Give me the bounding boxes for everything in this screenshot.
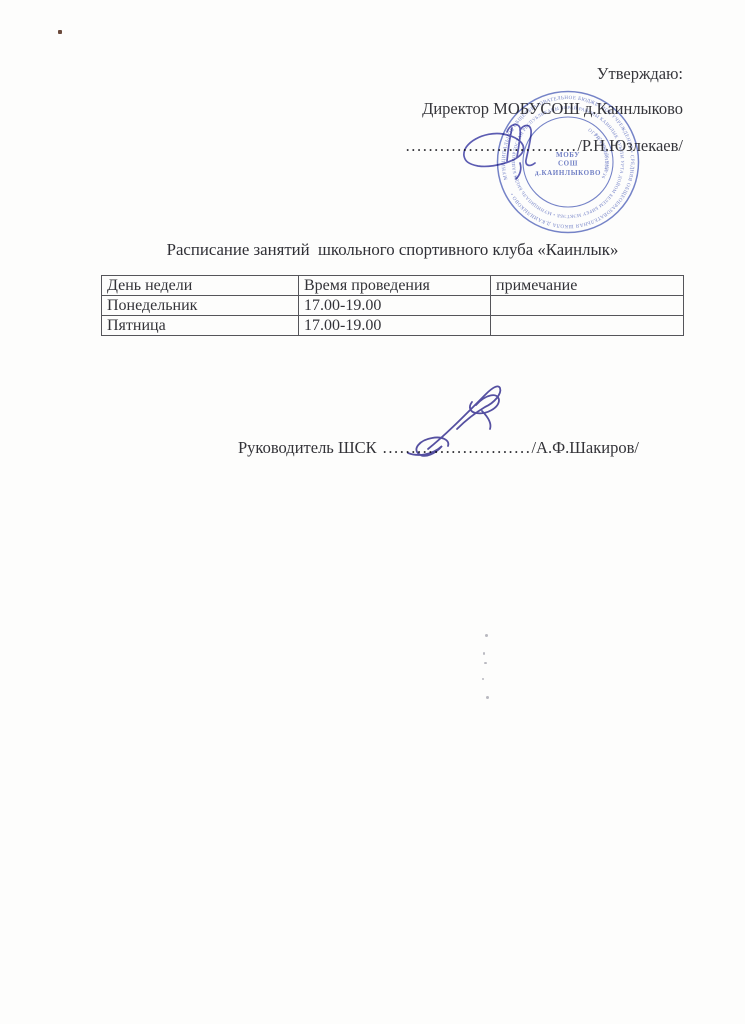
scan-artifact	[485, 634, 488, 637]
head-handwritten-signature	[398, 376, 518, 460]
col-header-time: Время проведения	[299, 276, 491, 296]
signature-bottom-curl	[408, 437, 448, 455]
director-handwritten-signature	[450, 116, 570, 186]
scan-artifact	[484, 662, 487, 664]
document-title: Расписание занятий школьного спортивного…	[40, 240, 745, 260]
document-page: Утверждаю: Директор МОБУСОШ д.Каинлыково…	[0, 0, 745, 1024]
scan-artifact	[486, 696, 489, 699]
signature-top-loop	[470, 395, 499, 413]
cell-time: 17.00-19.00	[299, 296, 491, 316]
signature-oval-stroke	[464, 134, 524, 167]
schedule-table: День недели Время проведения примечание …	[101, 275, 684, 336]
scan-artifact	[483, 652, 485, 655]
scan-speck	[58, 30, 62, 34]
head-name: /А.Ф.Шакиров/	[531, 438, 638, 457]
scan-artifact	[482, 678, 484, 680]
cell-time: 17.00-19.00	[299, 316, 491, 336]
table-row: Пятница 17.00-19.00	[102, 316, 684, 336]
approve-label: Утверждаю:	[406, 64, 683, 84]
cell-day: Понедельник	[102, 296, 299, 316]
signature-descender	[516, 163, 521, 179]
table-row: Понедельник 17.00-19.00	[102, 296, 684, 316]
signature-stem1	[507, 128, 512, 161]
cell-day: Пятница	[102, 316, 299, 336]
head-label: Руководитель ШСК	[238, 438, 377, 457]
cell-note	[491, 316, 684, 336]
table-header-row: День недели Время проведения примечание	[102, 276, 684, 296]
col-header-note: примечание	[491, 276, 684, 296]
cell-note	[491, 296, 684, 316]
col-header-day: День недели	[102, 276, 299, 296]
